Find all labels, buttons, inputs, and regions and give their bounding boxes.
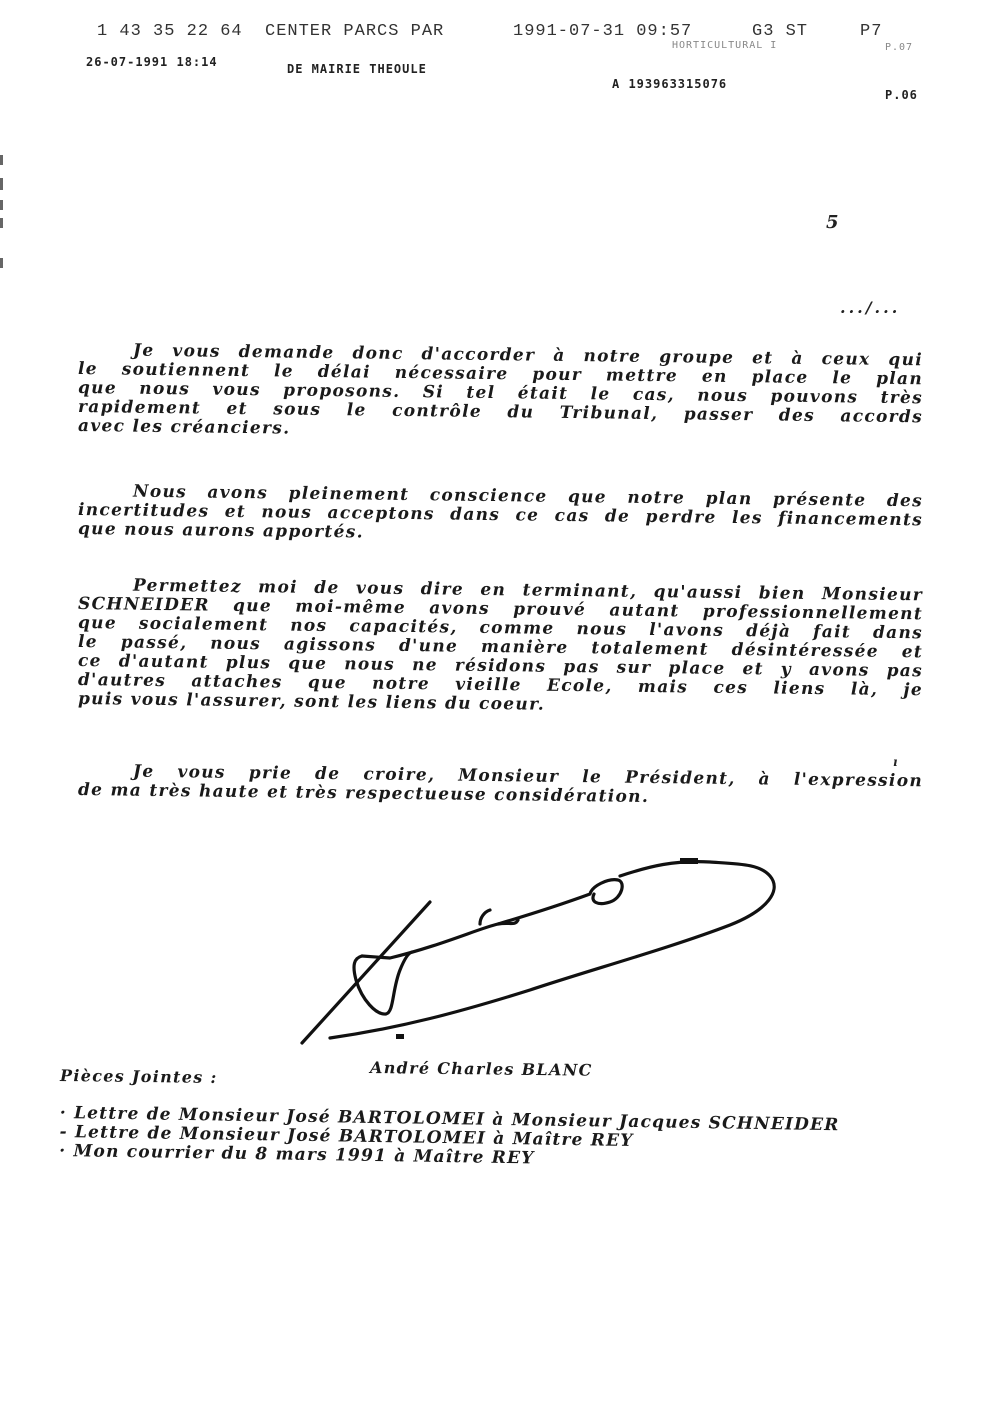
- scan-edge-mark: [0, 155, 3, 165]
- attachments-heading: Pièces Jointes :: [60, 1066, 218, 1087]
- scan-edge-mark: [0, 258, 3, 268]
- fax-sender-name: CENTER PARCS PAR: [265, 22, 444, 41]
- scan-edge-mark: [0, 200, 3, 210]
- fax-faint-page: P.07: [885, 42, 913, 53]
- fax2-to: A 193963315076: [612, 77, 727, 91]
- fax2-datetime: 26-07-1991 18:14: [86, 55, 218, 69]
- page-number: 5: [826, 212, 839, 233]
- signatory-name: André Charles BLANC: [370, 1058, 593, 1080]
- paragraph-salutation: Je vous prie de croire, Monsieur le Prés…: [78, 762, 923, 810]
- paragraph-uncertainty: Nous avons pleinement conscience que not…: [78, 482, 923, 549]
- fax2-from: DE MAIRIE THEOULE: [287, 62, 427, 76]
- attachments-list: · Lettre de Monsieur José BARTOLOMEI à M…: [59, 1104, 840, 1173]
- fax-mode: G3 ST: [752, 22, 808, 41]
- signature-ink-blot: [396, 1034, 404, 1039]
- scan-edge-mark: [0, 218, 3, 228]
- scan-edge-mark: [0, 178, 3, 190]
- paragraph-request: Je vous demande donc d'accorder à notre …: [78, 341, 923, 446]
- fax-page: P7: [860, 22, 882, 41]
- fax-faint-text: HORTICULTURAL I: [672, 40, 777, 51]
- stray-mark: ı: [893, 755, 898, 769]
- signature-ink-blot: [680, 858, 698, 864]
- fax-datetime: 1991-07-31 09:57: [513, 22, 692, 41]
- paragraph-closing-remarks: Permettez moi de vous dire en terminant,…: [78, 576, 923, 719]
- fax-sender-number: 1 43 35 22 64: [97, 22, 243, 41]
- fax2-page: P.06: [885, 88, 918, 102]
- continuation-mark: .../...: [840, 298, 900, 317]
- signature: [290, 850, 810, 1060]
